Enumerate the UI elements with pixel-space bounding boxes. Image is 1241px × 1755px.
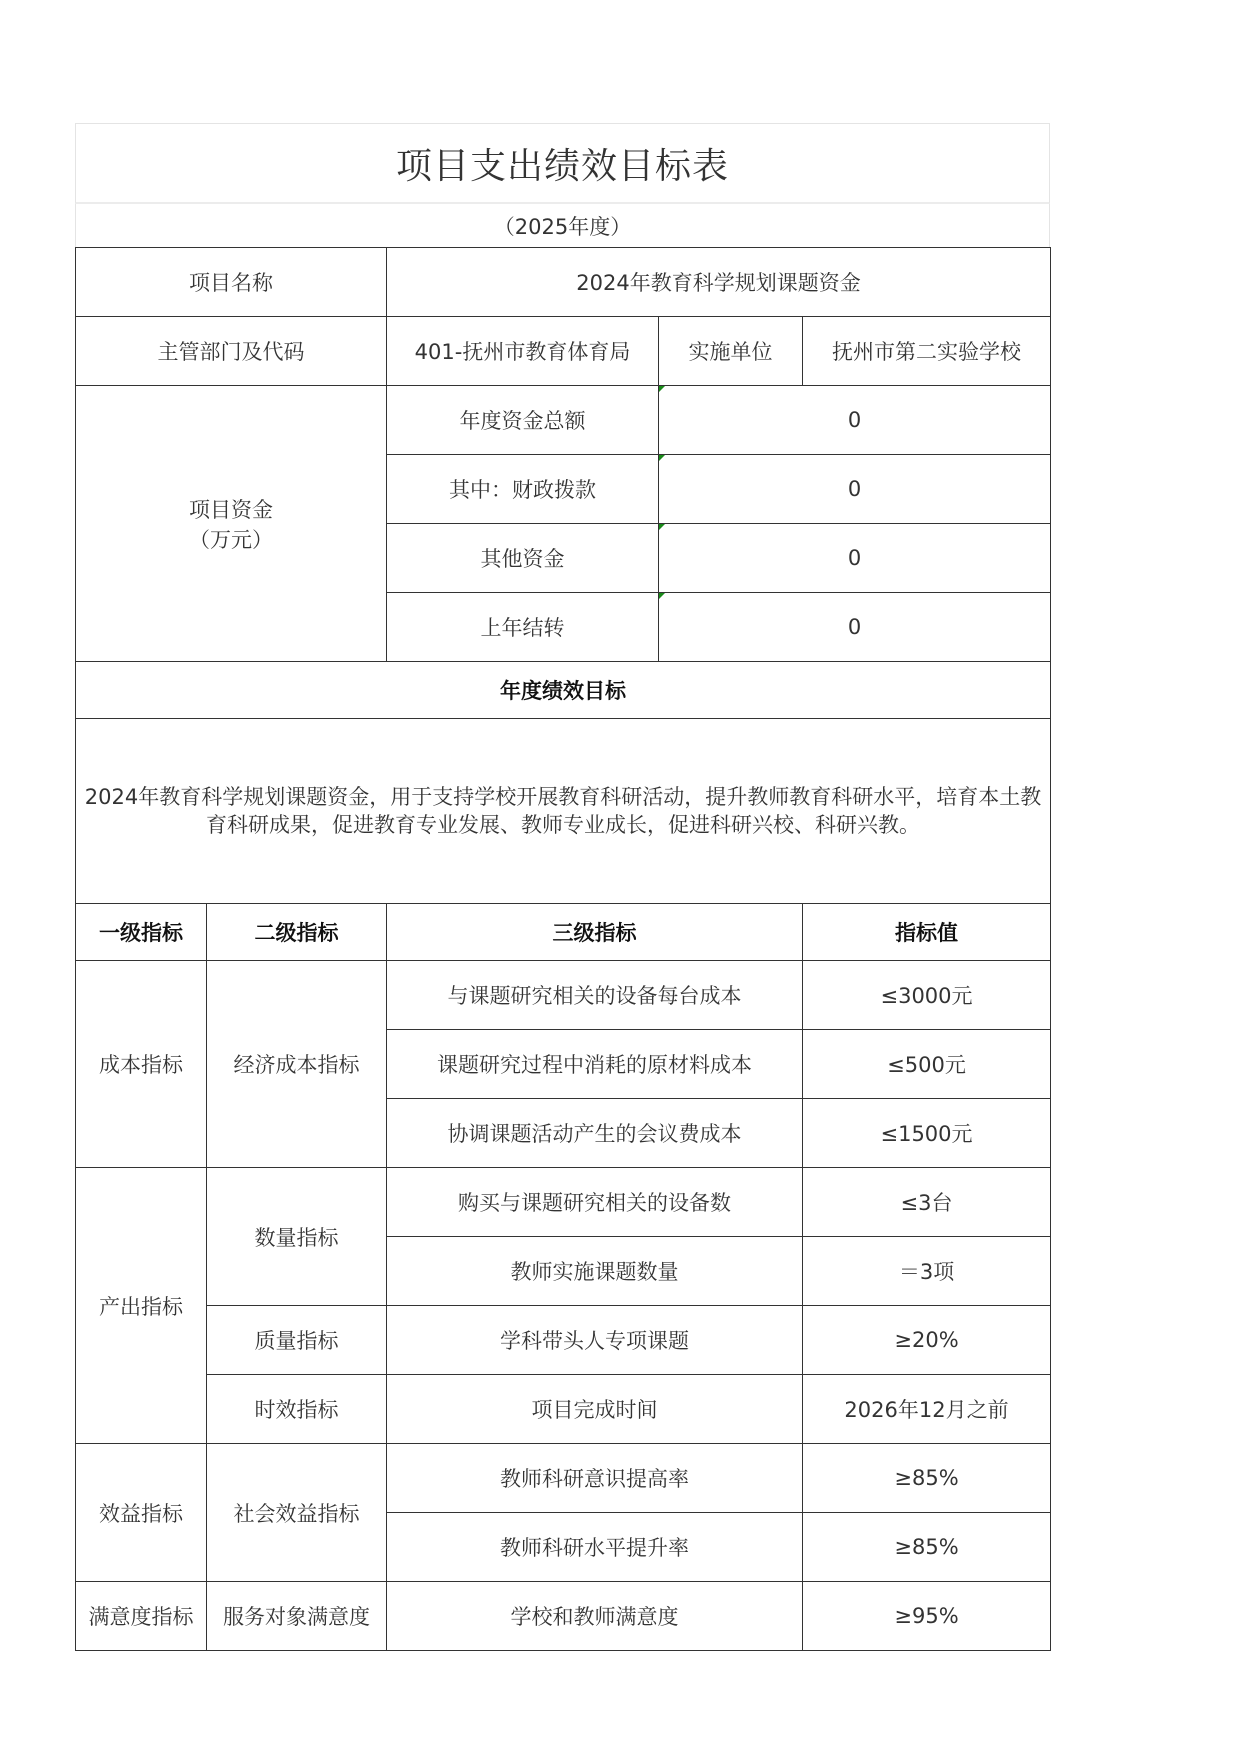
annual-goal-heading-row: 年度绩效目标	[76, 662, 1051, 719]
level3-item[interactable]: 学校和教师满意度	[387, 1582, 803, 1651]
funds-item-label: 其中：财政拨款	[387, 455, 659, 524]
funds-item-value[interactable]: 0	[659, 455, 1051, 524]
page-title: 项目支出绩效目标表	[75, 123, 1050, 204]
funds-item-value[interactable]: 0	[659, 524, 1051, 593]
level2-social-benefit: 社会效益指标	[207, 1444, 387, 1582]
level1-benefit: 效益指标	[76, 1444, 207, 1582]
indicator-row: 质量指标 学科带头人专项课题 ≥20%	[76, 1306, 1051, 1375]
funds-item-label: 上年结转	[387, 593, 659, 662]
annual-goal-text[interactable]: 2024年教育科学规划课题资金，用于支持学校开展教育科研活动，提升教师教育科研水…	[76, 719, 1051, 904]
level3-item[interactable]: 购买与课题研究相关的设备数	[387, 1168, 803, 1237]
level3-item[interactable]: 学科带头人专项课题	[387, 1306, 803, 1375]
fiscal-year-subtitle: （2025年度）	[75, 204, 1050, 247]
department-row: 主管部门及代码 401-抚州市教育体育局 实施单位 抚州市第二实验学校	[76, 317, 1051, 386]
funds-label-line2: （万元）	[82, 524, 380, 554]
funds-item-label: 年度资金总额	[387, 386, 659, 455]
level1-output: 产出指标	[76, 1168, 207, 1444]
indicator-value[interactable]: ≥85%	[803, 1444, 1051, 1513]
implementing-unit-label: 实施单位	[659, 317, 803, 386]
level3-item[interactable]: 教师科研意识提高率	[387, 1444, 803, 1513]
target-table: 项目名称 2024年教育科学规划课题资金 主管部门及代码 401-抚州市教育体育…	[75, 247, 1051, 1651]
header-value: 指标值	[803, 904, 1051, 961]
header-level1: 一级指标	[76, 904, 207, 961]
indicator-row: 效益指标 社会效益指标 教师科研意识提高率 ≥85%	[76, 1444, 1051, 1513]
level3-item[interactable]: 与课题研究相关的设备每台成本	[387, 961, 803, 1030]
project-name-row: 项目名称 2024年教育科学规划课题资金	[76, 248, 1051, 317]
funds-item-value[interactable]: 0	[659, 386, 1051, 455]
project-name-value[interactable]: 2024年教育科学规划课题资金	[387, 248, 1051, 317]
annual-goal-text-row: 2024年教育科学规划课题资金，用于支持学校开展教育科研活动，提升教师教育科研水…	[76, 719, 1051, 904]
indicator-row: 成本指标 经济成本指标 与课题研究相关的设备每台成本 ≤3000元	[76, 961, 1051, 1030]
level3-item[interactable]: 项目完成时间	[387, 1375, 803, 1444]
level1-cost: 成本指标	[76, 961, 207, 1168]
level2-timeliness: 时效指标	[207, 1375, 387, 1444]
funds-row: 项目资金 （万元） 年度资金总额 0	[76, 386, 1051, 455]
indicator-row: 满意度指标 服务对象满意度 学校和教师满意度 ≥95%	[76, 1582, 1051, 1651]
level3-item[interactable]: 课题研究过程中消耗的原材料成本	[387, 1030, 803, 1099]
indicator-value[interactable]: ＝3项	[803, 1237, 1051, 1306]
project-name-label: 项目名称	[76, 248, 387, 317]
level1-satisfaction: 满意度指标	[76, 1582, 207, 1651]
header-level2: 二级指标	[207, 904, 387, 961]
indicator-row: 产出指标 数量指标 购买与课题研究相关的设备数 ≤3台	[76, 1168, 1051, 1237]
performance-target-sheet: 项目支出绩效目标表 （2025年度） 项目名称 2024年教育科学规划课题资金 …	[75, 123, 1050, 1651]
funds-label: 项目资金 （万元）	[76, 386, 387, 662]
level2-quantity: 数量指标	[207, 1168, 387, 1306]
department-value[interactable]: 401-抚州市教育体育局	[387, 317, 659, 386]
indicator-value[interactable]: ≤3000元	[803, 961, 1051, 1030]
department-label: 主管部门及代码	[76, 317, 387, 386]
level3-item[interactable]: 教师实施课题数量	[387, 1237, 803, 1306]
indicator-value[interactable]: ≥20%	[803, 1306, 1051, 1375]
annual-goal-heading: 年度绩效目标	[76, 662, 1051, 719]
indicator-value[interactable]: ≤500元	[803, 1030, 1051, 1099]
level2-quality: 质量指标	[207, 1306, 387, 1375]
indicator-row: 时效指标 项目完成时间 2026年12月之前	[76, 1375, 1051, 1444]
indicator-header-row: 一级指标 二级指标 三级指标 指标值	[76, 904, 1051, 961]
funds-item-label: 其他资金	[387, 524, 659, 593]
implementing-unit-value[interactable]: 抚州市第二实验学校	[803, 317, 1051, 386]
header-level3: 三级指标	[387, 904, 803, 961]
level2-service-satisfaction: 服务对象满意度	[207, 1582, 387, 1651]
level3-item[interactable]: 教师科研水平提升率	[387, 1513, 803, 1582]
indicator-value[interactable]: ≤3台	[803, 1168, 1051, 1237]
funds-item-value[interactable]: 0	[659, 593, 1051, 662]
indicator-value[interactable]: ≤1500元	[803, 1099, 1051, 1168]
indicator-value[interactable]: ≥95%	[803, 1582, 1051, 1651]
indicator-value[interactable]: ≥85%	[803, 1513, 1051, 1582]
funds-label-line1: 项目资金	[82, 494, 380, 524]
level2-economic-cost: 经济成本指标	[207, 961, 387, 1168]
level3-item[interactable]: 协调课题活动产生的会议费成本	[387, 1099, 803, 1168]
indicator-value[interactable]: 2026年12月之前	[803, 1375, 1051, 1444]
